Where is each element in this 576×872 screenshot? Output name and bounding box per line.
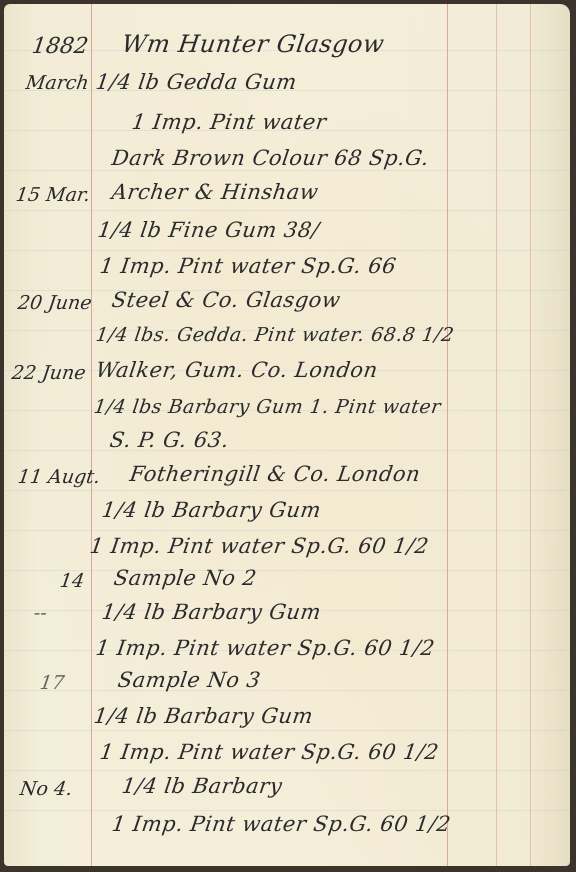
entry-line: 1/4 lbs. Gedda. Pint water. 68.8 1/2 bbox=[94, 324, 455, 346]
entry-line: Wm Hunter Glasgow bbox=[120, 30, 386, 58]
entry-line: 1/4 lb Barbary Gum bbox=[92, 704, 314, 728]
margin-rule bbox=[91, 4, 92, 866]
entry-line: 1 Imp. Pint water Sp.G. 60 1/2 bbox=[88, 534, 430, 558]
entry-line: 1/4 lbs Barbary Gum 1. Pint water bbox=[92, 396, 442, 418]
entry-line: Sample No 3 bbox=[116, 668, 262, 692]
entry-date: -- bbox=[32, 602, 48, 624]
entry-date: 20 June bbox=[16, 292, 93, 314]
entry-date: 15 Mar. bbox=[14, 184, 91, 206]
entry-line: Dark Brown Colour 68 Sp.G. bbox=[110, 146, 430, 170]
entry-line: Steel & Co. Glasgow bbox=[110, 288, 342, 312]
ruled-line bbox=[4, 810, 570, 811]
entry-date: 22 June bbox=[10, 362, 87, 384]
entry-line: 1/4 lb Barbary bbox=[120, 774, 284, 798]
entry-date: No 4. bbox=[18, 778, 73, 800]
ruled-line bbox=[4, 170, 570, 171]
entry-line: 1 Imp. Pint water bbox=[130, 110, 328, 134]
ruled-line bbox=[4, 490, 570, 491]
entry-line: Sample No 2 bbox=[112, 566, 258, 590]
ledger-book: 1882 Wm Hunter Glasgow March 1/4 lb Gedd… bbox=[0, 0, 576, 872]
entry-line: 1 Imp. Pint water Sp.G. 60 1/2 bbox=[98, 740, 440, 764]
entry-line: 1 Imp. Pint water Sp.G. 66 bbox=[98, 254, 398, 278]
entry-line: 1/4 lb Fine Gum 38/ bbox=[96, 218, 321, 242]
ruled-line bbox=[4, 730, 570, 731]
column-rule bbox=[530, 4, 531, 866]
column-rule bbox=[496, 4, 497, 866]
ruled-line bbox=[4, 570, 570, 571]
entry-line: Archer & Hinshaw bbox=[110, 180, 320, 204]
ruled-line bbox=[4, 530, 570, 531]
entry-line: 1/4 lb Barbary Gum bbox=[100, 498, 322, 522]
ruled-line bbox=[4, 770, 570, 771]
column-rule bbox=[447, 4, 448, 866]
ledger-page: 1882 Wm Hunter Glasgow March 1/4 lb Gedd… bbox=[4, 4, 570, 866]
entry-date: 17 bbox=[38, 672, 65, 694]
entry-date: 14 bbox=[58, 570, 85, 592]
entry-line: 1 Imp. Pint water Sp.G. 60 1/2 bbox=[94, 636, 436, 660]
ruled-line bbox=[4, 450, 570, 451]
entry-date: March bbox=[24, 72, 90, 94]
entry-line: Fotheringill & Co. London bbox=[128, 462, 422, 486]
entry-date: 11 Augt. bbox=[16, 466, 101, 488]
entry-line: Walker, Gum. Co. London bbox=[94, 358, 379, 382]
entry-line: 1/4 lb Barbary Gum bbox=[100, 600, 322, 624]
ruled-line bbox=[4, 690, 570, 691]
entry-line: 1 Imp. Pint water Sp.G. 60 1/2 bbox=[110, 812, 452, 836]
ruled-line bbox=[4, 250, 570, 251]
entry-date: 1882 bbox=[30, 34, 90, 59]
entry-line: 1/4 lb Gedda Gum bbox=[94, 70, 298, 94]
ruled-line bbox=[4, 210, 570, 211]
entry-line: S. P. G. 63. bbox=[108, 428, 230, 452]
